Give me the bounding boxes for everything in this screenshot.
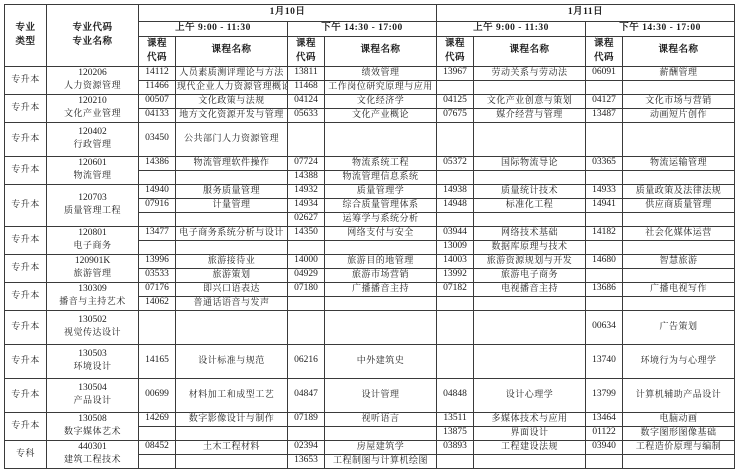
course-code-cell: 14269	[139, 412, 176, 426]
course-name-cell: 社会化媒体运营	[623, 226, 735, 240]
category-cell: 专升本	[5, 310, 47, 344]
major-code: 120206	[48, 68, 137, 80]
major-code: 130502	[48, 315, 137, 327]
course-name-cell	[176, 212, 288, 226]
course-code-cell: 13811	[288, 66, 325, 80]
course-name-cell	[623, 212, 735, 226]
course-code-cell	[586, 80, 623, 94]
course-code-cell: 13996	[139, 254, 176, 268]
major-code: 130309	[48, 284, 137, 296]
course-code-cell	[586, 240, 623, 254]
course-name-cell	[325, 240, 437, 254]
major-code: 120801	[48, 228, 137, 240]
major-code: 120703	[48, 193, 137, 205]
major-code: 120402	[48, 127, 137, 139]
major-cell: 130504产品设计	[47, 378, 139, 412]
course-code-cell: 14938	[437, 184, 474, 198]
course-name-cell: 计算机辅助产品设计	[623, 378, 735, 412]
course-name-cell: 公共部门人力资源管理	[176, 122, 288, 156]
table-row: 专升本120601物流管理14386物流管理软件操作07724物流系统工程053…	[5, 156, 735, 170]
course-name-cell: 动画短片创作	[623, 108, 735, 122]
course-code-cell: 05372	[437, 156, 474, 170]
course-code-cell: 14386	[139, 156, 176, 170]
major-name: 产品设计	[48, 395, 137, 406]
course-name-cell	[176, 310, 288, 344]
course-name-cell: 标准化工程	[474, 198, 586, 212]
course-code-cell	[586, 122, 623, 156]
course-code-cell: 13487	[586, 108, 623, 122]
course-name-cell	[623, 296, 735, 310]
course-code-cell: 01122	[586, 426, 623, 440]
header-category: 专业 类型	[5, 5, 47, 67]
category-cell: 专升本	[5, 94, 47, 122]
course-name-cell: 劳动关系与劳动法	[474, 66, 586, 80]
major-code: 120901K	[48, 256, 137, 268]
course-code-cell: 14350	[288, 226, 325, 240]
course-code-cell: 14165	[139, 344, 176, 378]
course-code-cell: 13686	[586, 282, 623, 296]
course-code-cell: 08452	[139, 440, 176, 454]
course-code-cell: 14003	[437, 254, 474, 268]
course-code-cell: 14941	[586, 198, 623, 212]
course-name-cell: 广播播音主持	[325, 282, 437, 296]
course-code-cell: 00507	[139, 94, 176, 108]
category-cell: 专升本	[5, 412, 47, 440]
major-cell: 130503环境设计	[47, 344, 139, 378]
course-name-cell: 质量政策及法律法规	[623, 184, 735, 198]
course-name-cell: 数据库原理与技术	[474, 240, 586, 254]
major-name: 数字媒体艺术	[48, 426, 137, 437]
course-name-cell: 设计心理学	[474, 378, 586, 412]
course-name-cell: 广播电视写作	[623, 282, 735, 296]
course-name-cell: 网络技术基础	[474, 226, 586, 240]
table-row: 专升本120402行政管理03450公共部门人力资源管理	[5, 122, 735, 156]
header-course-code: 课程 代码	[586, 37, 623, 67]
header-session-pm-jan10: 下午 14:30 - 17:00	[288, 22, 437, 37]
course-name-cell: 综合质量管理体系	[325, 198, 437, 212]
course-name-cell: 电子商务系统分析与设计	[176, 226, 288, 240]
course-name-cell: 多媒体技术与应用	[474, 412, 586, 426]
course-name-cell	[176, 240, 288, 254]
major-code: 440301	[48, 442, 137, 454]
major-code: 120210	[48, 96, 137, 108]
major-cell: 120402行政管理	[47, 122, 139, 156]
course-code-cell: 14112	[139, 66, 176, 80]
course-name-cell: 现代企业人力资源管理概论	[176, 80, 288, 94]
course-code-cell: 00699	[139, 378, 176, 412]
course-name-cell	[474, 296, 586, 310]
course-name-cell: 物流系统工程	[325, 156, 437, 170]
course-code-cell: 03365	[586, 156, 623, 170]
course-name-cell	[176, 426, 288, 440]
course-name-cell: 即兴口语表达	[176, 282, 288, 296]
course-name-cell: 工作岗位研究原理与应用	[325, 80, 437, 94]
course-code-cell	[437, 310, 474, 344]
course-name-cell: 旅游目的地管理	[325, 254, 437, 268]
course-code-cell	[437, 170, 474, 184]
course-code-cell: 14940	[139, 184, 176, 198]
course-name-cell: 物流管理信息系统	[325, 170, 437, 184]
course-code-cell: 14932	[288, 184, 325, 198]
course-code-cell: 07724	[288, 156, 325, 170]
course-name-cell: 物流管理软件操作	[176, 156, 288, 170]
course-code-cell: 03893	[437, 440, 474, 454]
major-cell: 120206人力资源管理	[47, 66, 139, 94]
course-name-cell: 设计标准与规范	[176, 344, 288, 378]
table-row: 专升本130309播音与主持艺术07176即兴口语表达07180广播播音主持07…	[5, 282, 735, 296]
course-name-cell: 广告策划	[623, 310, 735, 344]
course-name-cell: 普通话语音与发声	[176, 296, 288, 310]
course-name-cell	[474, 212, 586, 226]
course-name-cell	[176, 170, 288, 184]
exam-schedule-table: 专业 类型 专业代码 专业名称 1月10日 1月11日 上午 9:00 - 11…	[4, 4, 735, 456]
course-name-cell	[623, 268, 735, 282]
course-code-cell	[139, 240, 176, 254]
course-name-cell: 计量管理	[176, 198, 288, 212]
course-code-cell	[437, 80, 474, 94]
major-cell: 130502视觉传达设计	[47, 310, 139, 344]
course-code-cell	[586, 212, 623, 226]
header-session-am-jan10: 上午 9:00 - 11:30	[139, 22, 288, 37]
header-course-code: 课程 代码	[139, 37, 176, 67]
header-major: 专业代码 专业名称	[47, 5, 139, 67]
course-code-cell: 11466	[139, 80, 176, 94]
table-header: 专业 类型 专业代码 专业名称 1月10日 1月11日 上午 9:00 - 11…	[5, 5, 735, 67]
header-major-line1: 专业代码	[48, 21, 137, 35]
course-name-cell: 数字图形图像基础	[623, 426, 735, 440]
course-code-cell	[288, 296, 325, 310]
header-date-jan10: 1月10日	[139, 5, 437, 22]
course-name-cell: 供应商质量管理	[623, 198, 735, 212]
table-row: 专升本120801电子商务13477电子商务系统分析与设计14350网络支付与安…	[5, 226, 735, 240]
course-code-cell: 02394	[288, 440, 325, 454]
header-session-pm-jan11: 下午 14:30 - 17:00	[586, 22, 735, 37]
major-name: 视觉传达设计	[48, 327, 137, 338]
major-cell: 120901K旅游管理	[47, 254, 139, 282]
course-name-cell: 网络支付与安全	[325, 226, 437, 240]
course-code-cell: 07189	[288, 412, 325, 426]
category-cell: 专升本	[5, 184, 47, 226]
course-code-cell: 04127	[586, 94, 623, 108]
course-code-cell	[437, 296, 474, 310]
course-name-cell: 土木工程材料	[176, 440, 288, 454]
major-cell: 130508数字媒体艺术	[47, 412, 139, 440]
major-name: 播音与主持艺术	[48, 296, 137, 307]
course-name-cell	[325, 296, 437, 310]
course-code-cell	[288, 310, 325, 344]
table-row: 专升本120210文化产业管理00507文化政策与法规04124文化经济学041…	[5, 94, 735, 108]
course-name-cell: 视听语言	[325, 412, 437, 426]
header-course-name: 课程名称	[325, 37, 437, 67]
course-name-cell: 旅游接待业	[176, 254, 288, 268]
course-name-cell	[474, 170, 586, 184]
course-code-cell: 14000	[288, 254, 325, 268]
course-code-cell: 13464	[586, 412, 623, 426]
course-code-cell: 03533	[139, 268, 176, 282]
course-code-cell: 04848	[437, 378, 474, 412]
course-code-cell: 14933	[586, 184, 623, 198]
course-name-cell: 媒介经营与管理	[474, 108, 586, 122]
course-code-cell: 04133	[139, 108, 176, 122]
category-cell: 专升本	[5, 226, 47, 254]
table-row: 专升本120206人力资源管理14112人员素质测评理论与方法13811绩效管理…	[5, 66, 735, 80]
course-code-cell: 07180	[288, 282, 325, 296]
header-category-line1: 专业	[6, 21, 45, 35]
course-name-cell: 工程建设法规	[474, 440, 586, 454]
course-name-cell: 智慧旅游	[623, 254, 735, 268]
header-category-line2: 类型	[6, 35, 45, 49]
course-name-cell: 电视播音主持	[474, 282, 586, 296]
major-name: 人力资源管理	[48, 80, 137, 91]
header-date-jan11: 1月11日	[437, 5, 735, 22]
table-row: 专升本130503环境设计14165设计标准与规范06216中外建筑史13740…	[5, 344, 735, 378]
course-name-cell: 运筹学与系统分析	[325, 212, 437, 226]
course-code-cell: 14388	[288, 170, 325, 184]
course-name-cell: 国际物流导论	[474, 156, 586, 170]
table-body: 专升本120206人力资源管理14112人员素质测评理论与方法13811绩效管理…	[5, 66, 735, 456]
course-name-cell: 旅游策划	[176, 268, 288, 282]
course-name-cell	[325, 122, 437, 156]
course-name-cell	[474, 80, 586, 94]
major-code: 120601	[48, 158, 137, 170]
course-code-cell: 13009	[437, 240, 474, 254]
course-code-cell: 13477	[139, 226, 176, 240]
course-name-cell: 工程造价原理与编制	[623, 440, 735, 454]
category-cell: 专升本	[5, 156, 47, 184]
course-code-cell: 04847	[288, 378, 325, 412]
header-session-am-jan11: 上午 9:00 - 11:30	[437, 22, 586, 37]
course-code-cell: 06216	[288, 344, 325, 378]
course-code-cell	[586, 296, 623, 310]
major-cell: 130309播音与主持艺术	[47, 282, 139, 310]
table-row: 专升本120901K旅游管理13996旅游接待业14000旅游目的地管理1400…	[5, 254, 735, 268]
course-name-cell: 文化市场与营销	[623, 94, 735, 108]
course-name-cell: 物流运输管理	[623, 156, 735, 170]
table-row: 专升本130502视觉传达设计00634广告策划	[5, 310, 735, 344]
course-name-cell: 文化产业创意与策划	[474, 94, 586, 108]
major-name: 旅游管理	[48, 268, 137, 279]
course-name-cell: 设计管理	[325, 378, 437, 412]
course-code-cell: 04125	[437, 94, 474, 108]
course-code-cell	[139, 426, 176, 440]
major-name: 行政管理	[48, 139, 137, 150]
category-cell: 专升本	[5, 282, 47, 310]
category-cell: 专升本	[5, 66, 47, 94]
course-code-cell: 07675	[437, 108, 474, 122]
course-name-cell	[474, 344, 586, 378]
course-code-cell	[586, 268, 623, 282]
course-code-cell: 14182	[586, 226, 623, 240]
course-code-cell: 14680	[586, 254, 623, 268]
course-name-cell: 地方文化资源开发与管理	[176, 108, 288, 122]
course-code-cell: 00634	[586, 310, 623, 344]
course-name-cell: 服务质量管理	[176, 184, 288, 198]
category-cell: 专升本	[5, 254, 47, 282]
course-code-cell	[288, 122, 325, 156]
course-code-cell: 13875	[437, 426, 474, 440]
course-name-cell: 材料加工和成型工艺	[176, 378, 288, 412]
course-code-cell	[437, 212, 474, 226]
course-code-cell: 07176	[139, 282, 176, 296]
course-name-cell: 旅游资源规划与开发	[474, 254, 586, 268]
course-code-cell	[288, 426, 325, 440]
course-name-cell: 界面设计	[474, 426, 586, 440]
header-course-name: 课程名称	[623, 37, 735, 67]
course-code-cell: 04124	[288, 94, 325, 108]
major-name: 电子商务	[48, 240, 137, 251]
course-name-cell: 薪酬管理	[623, 66, 735, 80]
course-code-cell: 14948	[437, 198, 474, 212]
exam-schedule-table-wrap: 专业 类型 专业代码 专业名称 1月10日 1月11日 上午 9:00 - 11…	[4, 4, 734, 452]
course-code-cell	[288, 240, 325, 254]
course-name-cell: 文化政策与法规	[176, 94, 288, 108]
course-name-cell	[474, 122, 586, 156]
course-name-cell: 数字影像设计与制作	[176, 412, 288, 426]
course-name-cell: 质量管理学	[325, 184, 437, 198]
course-code-cell: 05633	[288, 108, 325, 122]
major-name: 物流管理	[48, 170, 137, 181]
course-code-cell	[139, 310, 176, 344]
course-name-cell: 人员素质测评理论与方法	[176, 66, 288, 80]
course-name-cell: 房屋建筑学	[325, 440, 437, 454]
course-code-cell: 14934	[288, 198, 325, 212]
course-code-cell	[437, 122, 474, 156]
course-name-cell	[474, 310, 586, 344]
header-course-name: 课程名称	[474, 37, 586, 67]
course-name-cell: 文化产业概论	[325, 108, 437, 122]
course-code-cell: 13740	[586, 344, 623, 378]
major-code: 130504	[48, 383, 137, 395]
major-cell: 120801电子商务	[47, 226, 139, 254]
course-name-cell: 文化经济学	[325, 94, 437, 108]
category-cell: 专升本	[5, 344, 47, 378]
course-code-cell	[139, 170, 176, 184]
course-name-cell	[623, 170, 735, 184]
table-row: 专科440301建筑工程技术08452土木工程材料02394房屋建筑学03893…	[5, 440, 735, 454]
major-cell: 120601物流管理	[47, 156, 139, 184]
header-course-code: 课程 代码	[288, 37, 325, 67]
course-code-cell: 13511	[437, 412, 474, 426]
course-code-cell: 03450	[139, 122, 176, 156]
course-code-cell: 13799	[586, 378, 623, 412]
category-cell: 专升本	[5, 378, 47, 412]
course-code-cell: 14062	[139, 296, 176, 310]
major-name: 文化产业管理	[48, 108, 137, 119]
course-code-cell: 04929	[288, 268, 325, 282]
category-cell: 专科	[5, 440, 47, 456]
header-major-line2: 专业名称	[48, 35, 137, 49]
course-code-cell: 02627	[288, 212, 325, 226]
course-name-cell: 电脑动画	[623, 412, 735, 426]
course-name-cell	[623, 80, 735, 94]
course-code-cell: 13992	[437, 268, 474, 282]
major-cell: 120703质量管理工程	[47, 184, 139, 226]
course-code-cell: 06091	[586, 66, 623, 80]
course-code-cell: 07916	[139, 198, 176, 212]
course-name-cell	[325, 310, 437, 344]
table-row: 专升本130504产品设计00699材料加工和成型工艺04847设计管理0484…	[5, 378, 735, 412]
course-code-cell: 07182	[437, 282, 474, 296]
major-name: 质量管理工程	[48, 205, 137, 216]
course-name-cell	[325, 426, 437, 440]
course-name-cell: 绩效管理	[325, 66, 437, 80]
course-code-cell	[586, 170, 623, 184]
course-code-cell	[437, 344, 474, 378]
course-name-cell	[623, 240, 735, 254]
header-course-name: 课程名称	[176, 37, 288, 67]
category-cell: 专升本	[5, 122, 47, 156]
course-code-cell: 13967	[437, 66, 474, 80]
course-name-cell: 质量统计技术	[474, 184, 586, 198]
course-code-cell	[139, 212, 176, 226]
major-name: 环境设计	[48, 361, 137, 372]
course-code-cell: 11468	[288, 80, 325, 94]
course-name-cell: 环境行为与心理学	[623, 344, 735, 378]
header-course-code: 课程 代码	[437, 37, 474, 67]
course-name-cell: 旅游电子商务	[474, 268, 586, 282]
major-code: 130503	[48, 349, 137, 361]
table-row: 专升本120703质量管理工程14940服务质量管理14932质量管理学1493…	[5, 184, 735, 198]
course-name-cell: 旅游市场营销	[325, 268, 437, 282]
major-code: 130508	[48, 414, 137, 426]
course-name-cell	[623, 122, 735, 156]
major-cell: 120210文化产业管理	[47, 94, 139, 122]
course-code-cell: 03944	[437, 226, 474, 240]
table-row: 专升本130508数字媒体艺术14269数字影像设计与制作07189视听语言13…	[5, 412, 735, 426]
course-code-cell: 03940	[586, 440, 623, 454]
major-cell: 440301建筑工程技术	[47, 440, 139, 456]
course-name-cell: 中外建筑史	[325, 344, 437, 378]
